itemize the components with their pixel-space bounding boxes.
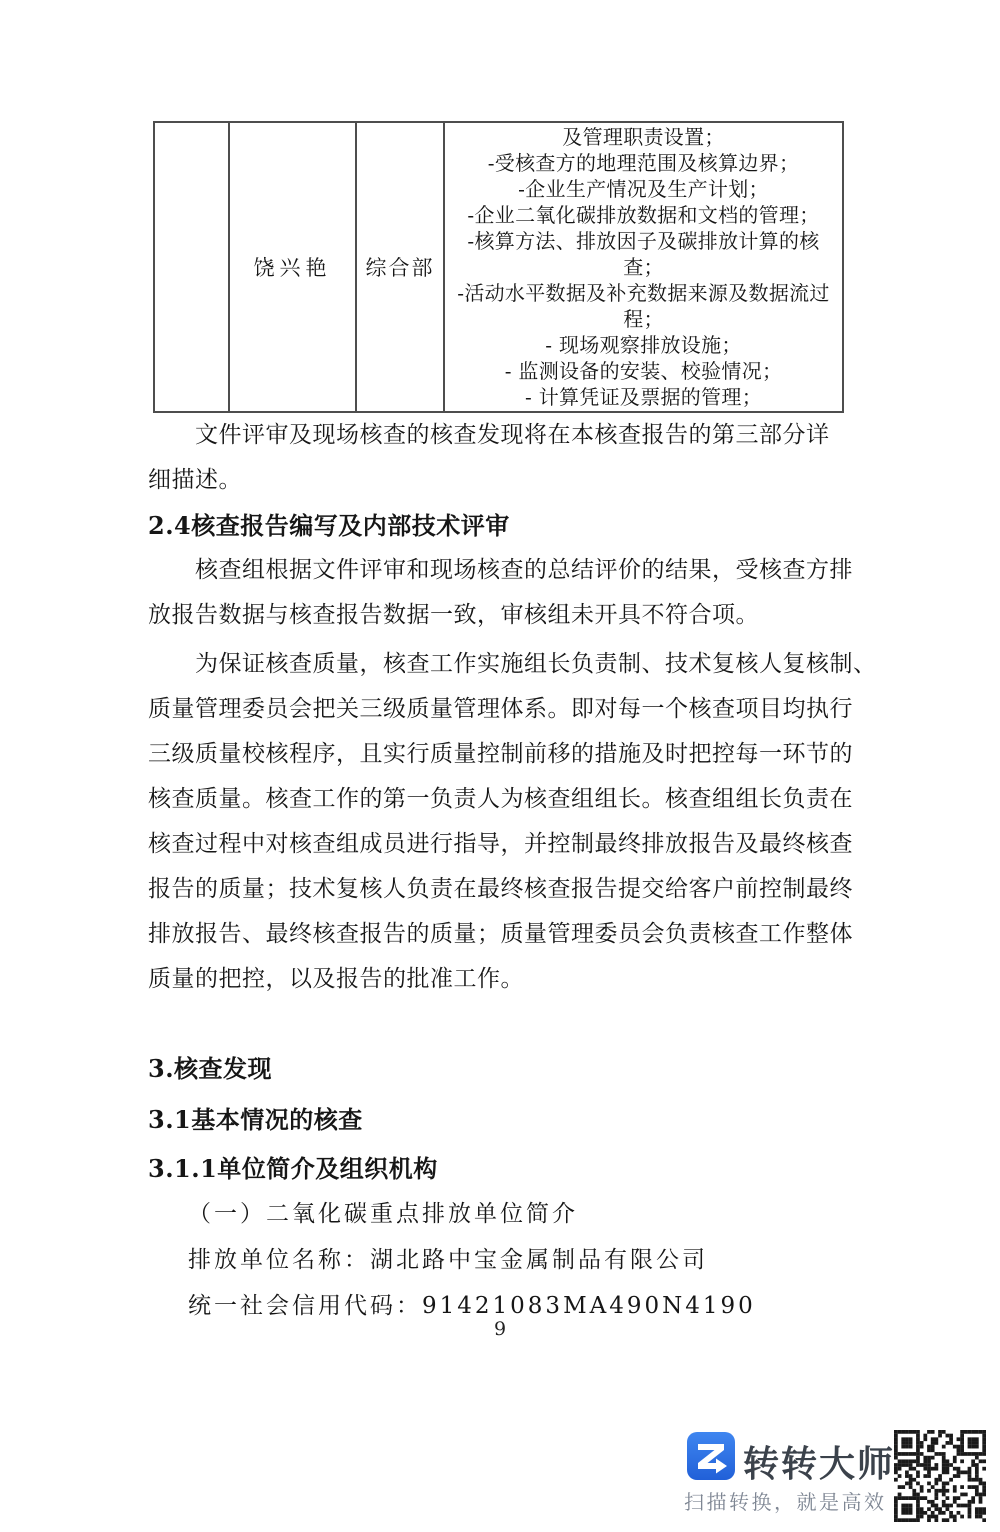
table-cell-empty	[154, 122, 229, 412]
detail-line: 排放单位名称：湖北路中宝金属制品有限公司	[148, 1237, 854, 1283]
table-row: 饶兴艳 综合部 及管理职责设置；-受核查方的地理范围及核算边界；-企业生产情况及…	[154, 122, 843, 412]
text-line: 核查组根据文件评审和现场核查的总结评价的结果，受核查方排	[148, 548, 854, 593]
text-line: 排放报告、最终核查报告的质量；质量管理委员会负责核查工作整体	[148, 912, 854, 957]
text-line: 细描述。	[148, 458, 854, 503]
text-line: 核查质量。核查工作的第一负责人为核查组组长。核查组组长负责在	[148, 777, 854, 822]
paragraph-review-result: 核查组根据文件评审和现场核查的总结评价的结果，受核查方排放报告数据与核查报告数据…	[148, 548, 854, 638]
detail-line: （一）二氧化碳重点排放单位简介	[148, 1191, 854, 1237]
text-line: 放报告数据与核查报告数据一致，审核组未开具不符合项。	[148, 593, 854, 638]
text-line: 文件评审及现场核查的核查发现将在本核查报告的第三部分详	[148, 413, 854, 458]
unit-detail-lines: （一）二氧化碳重点排放单位简介排放单位名称：湖北路中宝金属制品有限公司统一社会信…	[148, 1191, 854, 1329]
page-number: 9	[0, 1318, 1000, 1340]
text-line: 三级质量校核程序，且实行质量控制前移的措施及时把控每一环节的	[148, 732, 854, 777]
duty-line: -受核查方的地理范围及核算边界；	[448, 150, 839, 176]
zhuanzhuan-logo-icon	[687, 1432, 735, 1480]
logo-z-arrow-icon	[687, 1432, 735, 1480]
table-cell-department: 综合部	[356, 122, 444, 412]
duty-line: -企业二氧化碳排放数据和文档的管理；	[448, 202, 839, 228]
text-line: 质量管理委员会把关三级质量管理体系。即对每一个核查项目均执行	[148, 687, 854, 732]
text-line: 质量的把控，以及报告的批准工作。	[148, 957, 854, 1002]
document-content: 饶兴艳 综合部 及管理职责设置；-受核查方的地理范围及核算边界；-企业生产情况及…	[148, 121, 854, 1329]
duty-line: 程；	[448, 306, 839, 332]
paragraph-quality-system: 为保证核查质量，核查工作实施组长负责制、技术复核人复核制、质量管理委员会把关三级…	[148, 642, 854, 1002]
heading-3-1-1: 3.1.1单位简介及组织机构	[148, 1146, 854, 1191]
brand-name: 转转大师	[743, 1436, 895, 1487]
duty-line: - 计算凭证及票据的管理；	[448, 384, 839, 410]
duty-line: 及管理职责设置；	[448, 124, 839, 150]
duty-line: -活动水平数据及补充数据来源及数据流过	[448, 280, 839, 306]
heading-3: 3.核查发现	[148, 1046, 854, 1091]
table-cell-duties: 及管理职责设置；-受核查方的地理范围及核算边界；-企业生产情况及生产计划；-企业…	[444, 122, 843, 412]
duty-line: -企业生产情况及生产计划；	[448, 176, 839, 202]
heading-2-4: 2.4核查报告编写及内部技术评审	[148, 503, 854, 548]
text-line: 报告的质量；技术复核人负责在最终核查报告提交给客户前控制最终	[148, 867, 854, 912]
duty-line: - 监测设备的安装、校验情况；	[448, 358, 839, 384]
table-cell-member-name: 饶兴艳	[229, 122, 356, 412]
duty-line: -核算方法、排放因子及碳排放计算的核查；	[448, 228, 839, 280]
brand-tagline: 扫描转换，就是高效	[684, 1486, 887, 1515]
document-page: 饶兴艳 综合部 及管理职责设置；-受核查方的地理范围及核算边界；-企业生产情况及…	[0, 0, 1000, 1532]
qr-code	[894, 1430, 986, 1522]
duty-line: - 现场观察排放设施；	[448, 332, 839, 358]
verification-team-table: 饶兴艳 综合部 及管理职责设置；-受核查方的地理范围及核算边界；-企业生产情况及…	[153, 121, 844, 413]
paragraph-document-review: 文件评审及现场核查的核查发现将在本核查报告的第三部分详细描述。	[148, 413, 854, 503]
heading-3-1: 3.1基本情况的核查	[148, 1097, 854, 1142]
text-line: 核查过程中对核查组成员进行指导，并控制最终排放报告及最终核查	[148, 822, 854, 867]
text-line: 为保证核查质量，核查工作实施组长负责制、技术复核人复核制、	[148, 642, 854, 687]
